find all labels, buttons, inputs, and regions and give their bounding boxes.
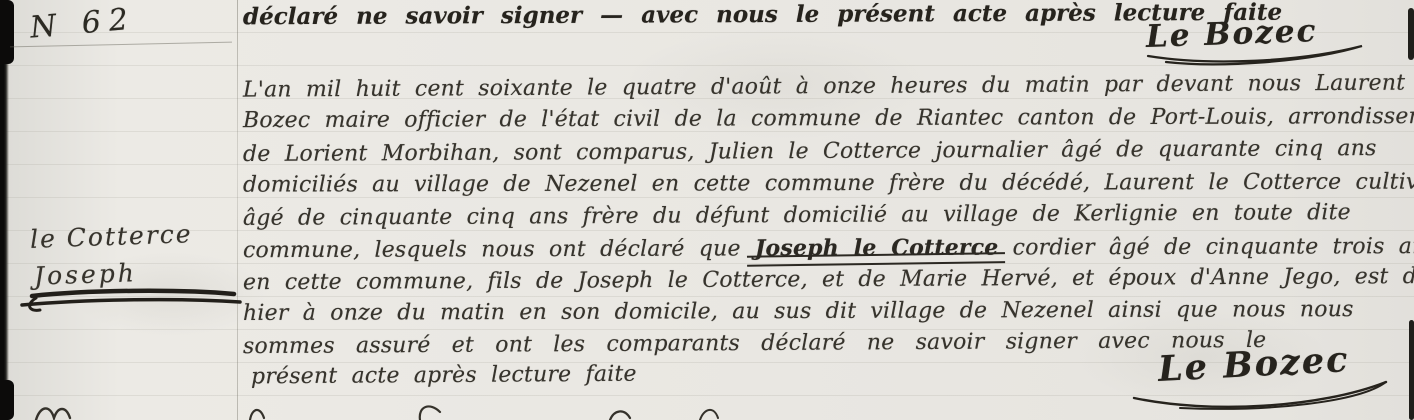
binding-shadow-bottom (0, 380, 14, 420)
margin-name-surname: le Cotterce (30, 219, 193, 254)
act-line-9: sommes assuré et ont les comparants décl… (243, 328, 1267, 359)
registry-page-scan: N 62 le Cotterce Joseph déclaré ne savoi… (0, 0, 1414, 420)
act-line-10: présent acte après lecture faite (251, 362, 637, 390)
act-line-4: domiciliés au village de Nezenel en cett… (243, 169, 1414, 197)
margin-divider-line (237, 0, 238, 420)
binding-shadow-top (0, 0, 14, 64)
previous-act-closing-line: déclaré ne savoir signer — avec nous le … (243, 0, 1282, 30)
next-act-partial-strokes (0, 398, 1414, 420)
act-line-6-pre: commune, lesquels nous ont déclaré que (243, 236, 755, 263)
mayor-signature-top: Le Bozec (1145, 13, 1318, 55)
page-edge-mark-top-right (1408, 8, 1414, 60)
act-line-7: en cette commune, fils de Joseph le Cott… (243, 264, 1414, 295)
act-line-2: Bozec maire officier de l'état civil de … (243, 104, 1414, 133)
page-edge-mark-bottom-right (1409, 320, 1414, 420)
record-number: N 62 (29, 1, 138, 45)
act-line-3: de Lorient Morbihan, sont comparus, Juli… (243, 136, 1377, 167)
margin-deceased-name: le Cotterce Joseph (30, 222, 193, 288)
act-line-6: commune, lesquels nous ont déclaré que J… (243, 233, 1414, 263)
deceased-name-underlined: Joseph le Cotterce (755, 235, 999, 262)
act-line-1: L'an mil huit cent soixante le quatre d'… (243, 70, 1414, 102)
act-line-8: hier à onze du matin en son domicile, au… (243, 297, 1354, 326)
margin-name-given: Joseph (34, 256, 193, 291)
mayor-signature-bottom: Le Bozec (1157, 339, 1350, 390)
margin-name-underline-flourish (18, 288, 248, 318)
act-line-5: âgé de cinquante cinq ans frère du défun… (243, 200, 1351, 231)
act-line-6-post: cordier âgé de cinquante trois ans né (998, 234, 1414, 261)
